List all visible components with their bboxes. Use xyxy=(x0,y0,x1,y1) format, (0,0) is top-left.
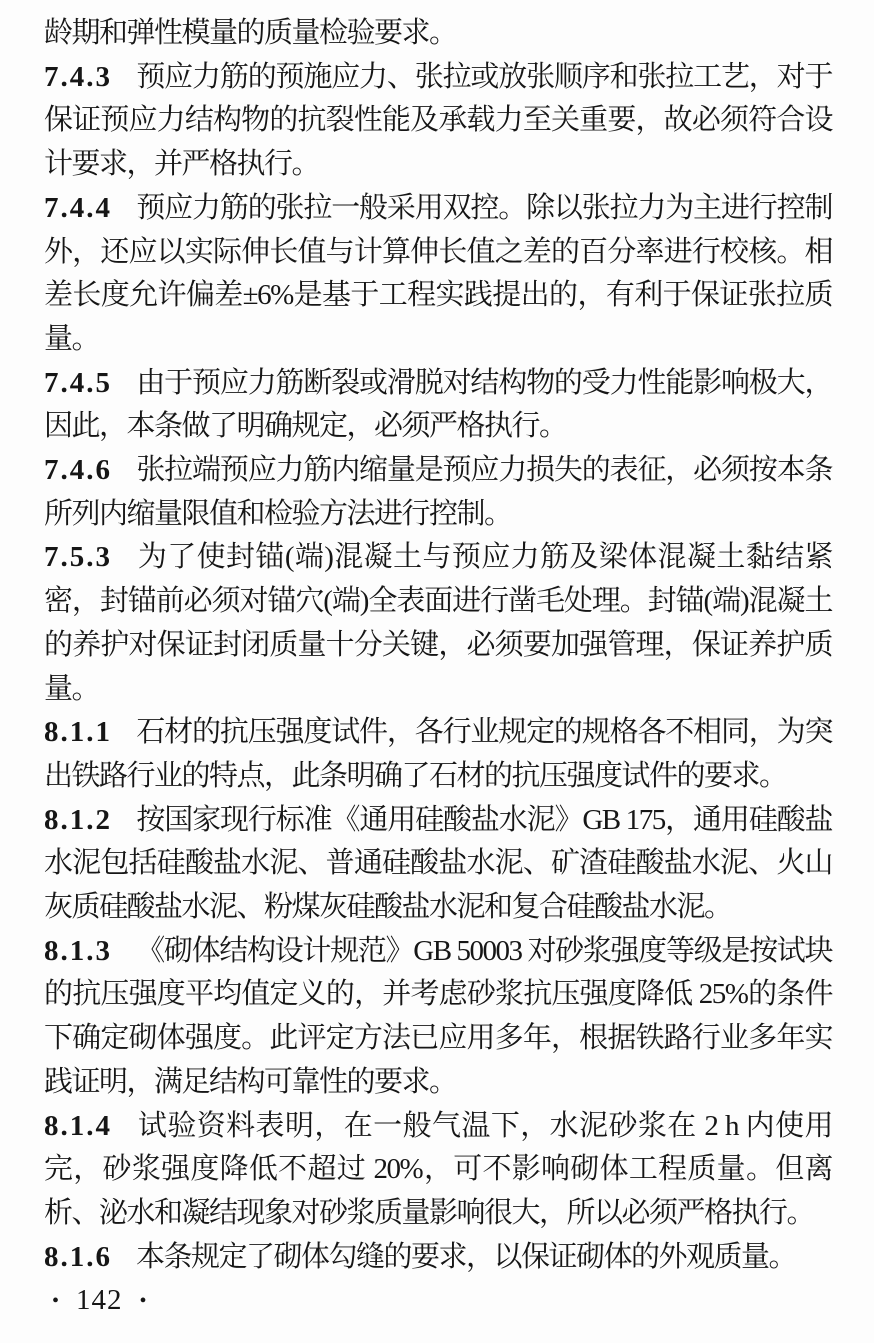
paragraph: 8.1.6本条规定了砌体勾缝的要求，以保证砌体的外观质量。 xyxy=(44,1236,832,1280)
paragraph: 7.4.5由于预应力筋断裂或滑脱对结构物的受力性能影响极大，因此，本条做了明确规… xyxy=(44,362,832,449)
document-page: { "page": { "background": "#fdfdfd", "te… xyxy=(0,0,874,1343)
paragraph-text: 由于预应力筋断裂或滑脱对结构物的受力性能影响极大，因此，本条做了明确规定，必须严… xyxy=(44,367,832,443)
page-number: 142 xyxy=(76,1284,123,1317)
page-body: 龄期和弹性模量的质量检验要求。7.4.3预应力筋的预施应力、张拉或放张顺序和张拉… xyxy=(0,0,874,1279)
paragraph: 8.1.3《砌体结构设计规范》GB 50003 对砂浆强度等级是按试块的抗压强度… xyxy=(44,930,832,1105)
paragraph-text: 龄期和弹性模量的质量检验要求。 xyxy=(44,17,457,49)
paragraph-text: 《砌体结构设计规范》GB 50003 对砂浆强度等级是按试块的抗压强度平均值定义… xyxy=(44,935,832,1098)
footer-left-dot-icon: • xyxy=(52,1291,59,1311)
paragraph: 8.1.2按国家现行标准《通用硅酸盐水泥》GB 175，通用硅酸盐水泥包括硅酸盐… xyxy=(44,799,832,930)
paragraph: 7.4.4预应力筋的张拉一般采用双控。除以张拉力为主进行控制外，还应以实际伸长值… xyxy=(44,187,832,362)
paragraph: 7.4.3预应力筋的预施应力、张拉或放张顺序和张拉工艺，对于保证预应力结构物的抗… xyxy=(44,56,832,187)
paragraph-continuation: 龄期和弹性模量的质量检验要求。 xyxy=(44,12,832,56)
paragraph: 8.1.1石材的抗压强度试件，各行业规定的规格各不相同，为突出铁路行业的特点，此… xyxy=(44,711,832,798)
paragraph: 7.5.3为了使封锚(端)混凝土与预应力筋及梁体混凝土黏结紧密，封锚前必须对锚穴… xyxy=(44,536,832,711)
paragraph-text: 试验资料表明，在一般气温下，水泥砂浆在 2 h 内使用完，砂浆强度降低不超过 2… xyxy=(44,1110,832,1229)
paragraph-text: 预应力筋的预施应力、张拉或放张顺序和张拉工艺，对于保证预应力结构物的抗裂性能及承… xyxy=(44,61,832,180)
paragraph-text: 本条规定了砌体勾缝的要求，以保证砌体的外观质量。 xyxy=(136,1241,796,1273)
section-number: 8.1.6 xyxy=(44,1241,112,1273)
paragraph: 7.4.6张拉端预应力筋内缩量是预应力损失的表征，必须按本条所列内缩量限值和检验… xyxy=(44,449,832,536)
section-number: 7.4.4 xyxy=(44,192,112,224)
section-number: 8.1.1 xyxy=(44,716,112,748)
paragraph-text: 张拉端预应力筋内缩量是预应力损失的表征，必须按本条所列内缩量限值和检验方法进行控… xyxy=(44,454,832,530)
paragraph: 8.1.4试验资料表明，在一般气温下，水泥砂浆在 2 h 内使用完，砂浆强度降低… xyxy=(44,1105,832,1236)
footer-right-dot-icon: • xyxy=(140,1291,147,1311)
section-number: 8.1.2 xyxy=(44,804,112,836)
section-number: 7.4.5 xyxy=(44,367,112,399)
paragraph-text: 预应力筋的张拉一般采用双控。除以张拉力为主进行控制外，还应以实际伸长值与计算伸长… xyxy=(44,192,832,355)
section-number: 8.1.3 xyxy=(44,935,112,967)
section-number: 8.1.4 xyxy=(44,1110,112,1142)
page-footer: • 142 • xyxy=(52,1284,147,1317)
paragraph-text: 为了使封锚(端)混凝土与预应力筋及梁体混凝土黏结紧密，封锚前必须对锚穴(端)全表… xyxy=(44,541,832,704)
section-number: 7.4.3 xyxy=(44,61,112,93)
section-number: 7.5.3 xyxy=(44,541,112,573)
section-number: 7.4.6 xyxy=(44,454,112,486)
paragraph-text: 石材的抗压强度试件，各行业规定的规格各不相同，为突出铁路行业的特点，此条明确了石… xyxy=(44,716,832,792)
paragraph-text: 按国家现行标准《通用硅酸盐水泥》GB 175，通用硅酸盐水泥包括硅酸盐水泥、普通… xyxy=(44,804,832,923)
